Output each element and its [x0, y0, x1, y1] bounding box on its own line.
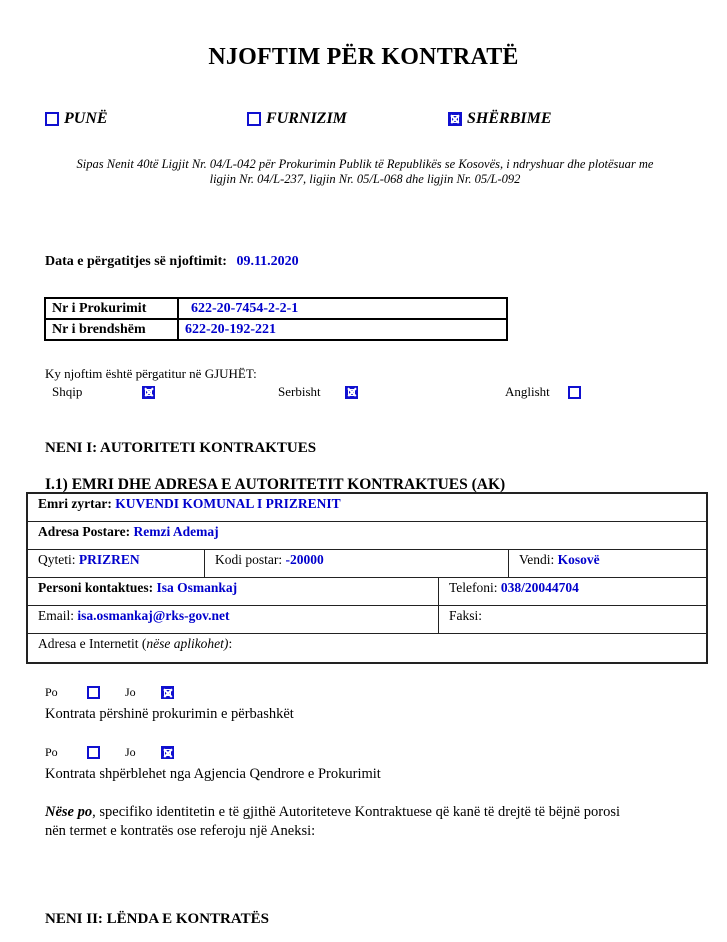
postal-address-value: Remzi Ademaj [134, 524, 219, 539]
preparation-date-value: 09.11.2020 [236, 254, 298, 269]
internet-label: Adresa e Internetit ( [38, 636, 146, 651]
contracting-authority-box: Emri zyrtar: KUVENDI KOMUNAL I PRIZRENIT… [26, 492, 708, 664]
contact-person-value: Isa Osmankaj [157, 580, 238, 595]
checkbox-empty-icon[interactable] [568, 386, 581, 399]
internet-row: Adresa e Internetit (nëse aplikohet): [28, 633, 706, 662]
table-row: Nr i brendshëm 622-20-192-221 [45, 319, 507, 340]
email-value[interactable]: isa.osmankaj@rks-gov.net [77, 608, 229, 623]
section-1-heading: NENI I: AUTORITETI KONTRAKTUES [45, 440, 316, 457]
page-title: NJOFTIM PËR KONTRATË [0, 44, 727, 71]
contact-row: Personi kontaktues: Isa Osmankaj Telefon… [28, 577, 706, 605]
no-label: Jo [125, 685, 161, 700]
category-label: SHËRBIME [467, 110, 551, 128]
language-shqip[interactable]: Shqip [52, 384, 160, 400]
postal-address-label: Adresa Postare [38, 524, 126, 539]
checkbox-checked-icon[interactable] [142, 386, 155, 399]
checkbox-checked-icon[interactable] [161, 686, 174, 699]
category-pune[interactable]: PUNË [45, 110, 108, 128]
procurement-numbers-table: Nr i Prokurimit 622-20-7454-2-2-1 Nr i b… [44, 297, 508, 341]
if-yes-paragraph: Nëse po, specifiko identitetin e të gjit… [45, 803, 715, 841]
table-row: Nr i Prokurimit 622-20-7454-2-2-1 [45, 298, 507, 319]
checkbox-checked-icon[interactable] [345, 386, 358, 399]
joint-procurement-options: Po Jo [45, 685, 179, 700]
category-label: PUNË [64, 110, 108, 128]
email-row: Email: isa.osmankaj@rks-gov.net Faksi: [28, 605, 706, 633]
language-serbisht[interactable]: Serbisht [278, 384, 363, 400]
no-label: Jo [125, 745, 161, 760]
postal-code-label: Kodi postar: [215, 552, 282, 567]
checkbox-checked-icon[interactable] [448, 112, 462, 126]
language-label: Shqip [52, 384, 142, 400]
yes-label: Po [45, 745, 87, 760]
checkbox-empty-icon[interactable] [87, 686, 100, 699]
contact-person-label: Personi kontaktues [38, 580, 149, 595]
country-label: Vendi: [519, 552, 554, 567]
central-agency-text: Kontrata shpërblehet nga Agjencia Qendro… [45, 766, 381, 783]
email-label: Email: [38, 608, 74, 623]
category-furnizim[interactable]: FURNIZIM [247, 110, 347, 128]
category-sherbime[interactable]: SHËRBIME [448, 110, 551, 128]
languages-intro: Ky njoftim është përgatitur në GJUHËT: [45, 366, 257, 382]
fax-label: Faksi: [449, 608, 482, 623]
internal-number-value: 622-20-192-221 [178, 319, 507, 340]
section-2-heading: NENI II: LËNDA E KONTRATËS [45, 911, 269, 928]
preparation-date-label: Data e përgatitjes së njoftimit: [45, 254, 227, 269]
checkbox-checked-icon[interactable] [161, 746, 174, 759]
joint-procurement-text: Kontrata përshinë prokurimin e përbashkë… [45, 706, 294, 723]
language-anglisht[interactable]: Anglisht [505, 384, 586, 400]
checkbox-empty-icon[interactable] [45, 112, 59, 126]
category-label: FURNIZIM [266, 110, 347, 128]
legal-basis-line2: ligjin Nr. 04/L-237, ligjin Nr. 05/L-068… [40, 172, 690, 187]
internet-label-note: nëse aplikohet) [146, 636, 228, 651]
city-label: Qyteti: [38, 552, 76, 567]
language-label: Serbisht [278, 384, 345, 400]
official-name-row: Emri zyrtar: KUVENDI KOMUNAL I PRIZRENIT [28, 494, 706, 521]
country-value: Kosovë [558, 552, 600, 567]
preparation-date: Data e përgatitjes së njoftimit: 09.11.2… [45, 254, 299, 270]
phone-label: Telefoni: [449, 580, 498, 595]
language-label: Anglisht [505, 384, 568, 400]
yes-label: Po [45, 685, 87, 700]
legal-basis-line1: Sipas Nenit 40të Ligjit Nr. 04/L-042 për… [40, 157, 690, 172]
city-value: PRIZREN [79, 552, 140, 567]
official-name-value: KUVENDI KOMUNAL I PRIZRENIT [115, 496, 340, 511]
procurement-number-value: 622-20-7454-2-2-1 [178, 298, 507, 319]
postal-code-value: -20000 [286, 552, 324, 567]
internal-number-label: Nr i brendshëm [45, 319, 178, 340]
procurement-number-label: Nr i Prokurimit [45, 298, 178, 319]
if-yes-lead: Nëse po [45, 804, 92, 820]
checkbox-empty-icon[interactable] [247, 112, 261, 126]
postal-address-row: Adresa Postare: Remzi Ademaj [28, 521, 706, 549]
legal-basis: Sipas Nenit 40të Ligjit Nr. 04/L-042 për… [40, 157, 690, 187]
central-agency-options: Po Jo [45, 745, 179, 760]
phone-value: 038/20044704 [501, 580, 579, 595]
checkbox-empty-icon[interactable] [87, 746, 100, 759]
official-name-label: Emri zyrtar [38, 496, 107, 511]
city-row: Qyteti: PRIZREN Kodi postar: -20000 Vend… [28, 549, 706, 577]
